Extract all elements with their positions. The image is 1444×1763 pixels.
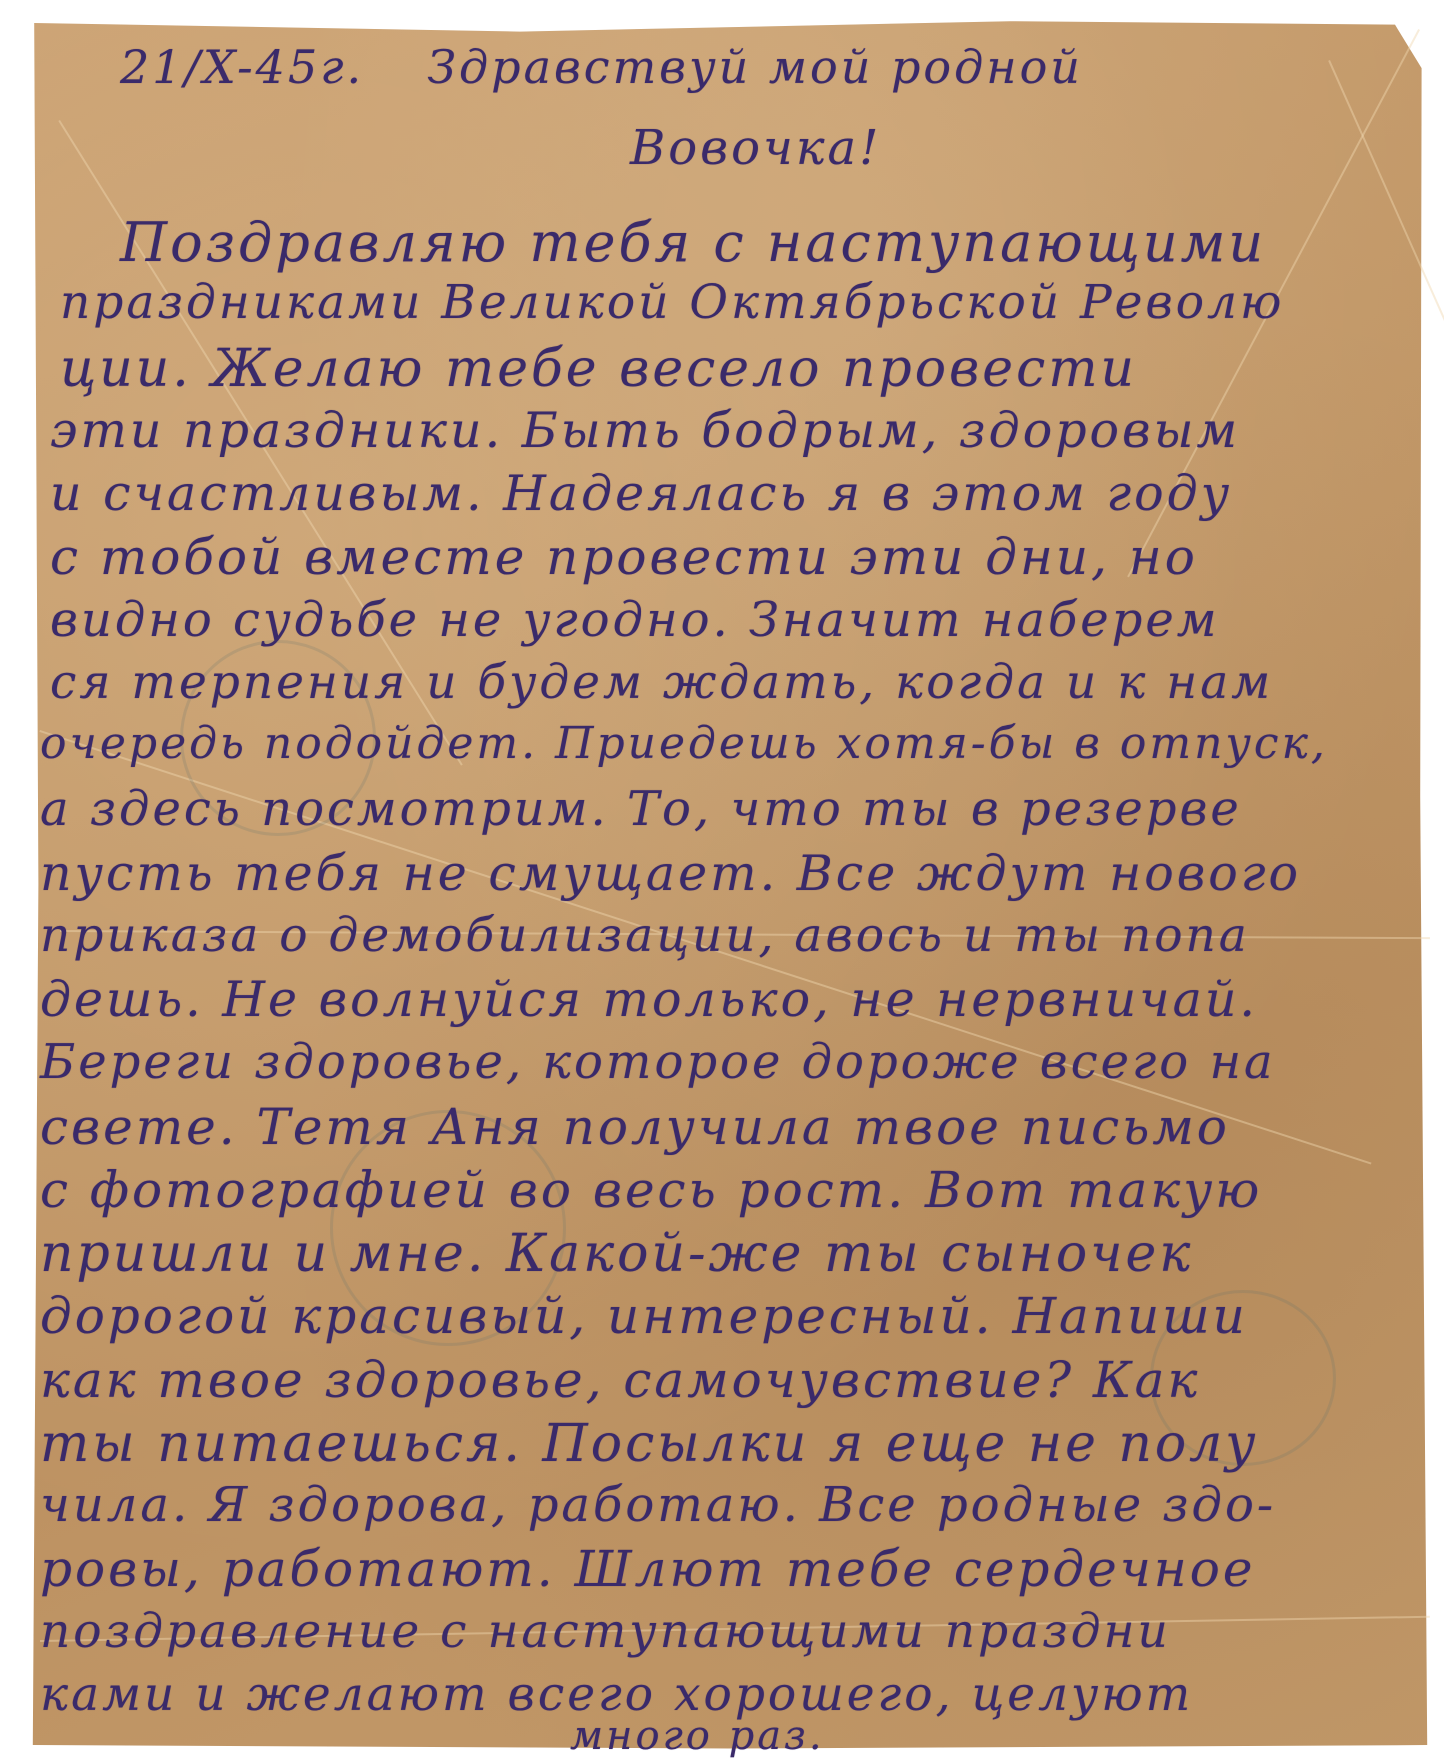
letter-line: с фотографией во весь рост. Вот такую	[40, 1165, 1262, 1215]
letter-line: ровы, работают. Шлют тебе сердечное	[40, 1544, 1255, 1594]
letter-line: пришли и мне. Какой-же ты сыночек	[40, 1228, 1193, 1280]
letter-line: ции. Желаю тебе весело провести	[60, 343, 1137, 395]
letter-line: и счастливым. Надеялась я в этом году	[50, 469, 1232, 518]
letter-addressee: Вовочка!	[630, 124, 881, 172]
letter-line: с тобой вместе провести эти дни, но	[50, 532, 1198, 582]
letter-line: Поздравляю тебя с наступающими	[120, 216, 1266, 270]
letter-line: дорогой красивый, интересный. Напиши	[40, 1291, 1248, 1341]
letter-line: ся терпения и будем ждать, когда и к нам	[50, 659, 1273, 706]
letter-line: пусть тебя не смущает. Все ждут нового	[40, 849, 1301, 898]
letter-line: дешь. Не волнуйся только, не нервничай.	[40, 975, 1258, 1024]
letter-line: праздниками Великой Октябрьской Револю	[60, 279, 1284, 326]
letter-line: поздравление с наступающими праздни	[40, 1608, 1171, 1655]
letter-body: 21/X-45г. Здравствуй мой родной Вовочка!…	[30, 16, 1430, 1752]
letter-header: 21/X-45г. Здравствуй мой родной	[120, 44, 1083, 90]
letter-greeting: Здравствуй мой родной	[427, 40, 1083, 94]
letter-line: очередь подойдет. Приедешь хотя-бы в отп…	[40, 722, 1328, 766]
letter-line: свете. Тетя Аня получила твое письмо	[40, 1102, 1230, 1152]
letter-line: чила. Я здорова, работаю. Все родные здо…	[40, 1481, 1276, 1529]
letter-line: эти праздники. Быть бодрым, здоровым	[50, 406, 1240, 455]
letter-line: видно судьбе не угодно. Значит наберем	[50, 596, 1220, 644]
letter-line: приказа о демобилизации, авось и ты попа	[40, 912, 1250, 959]
letter-line: как твое здоровье, самочувствие? Как	[40, 1355, 1200, 1405]
letter-closing: много раз.	[570, 1716, 825, 1756]
letter-line: Береги здоровье, которое дороже всего на	[40, 1038, 1276, 1086]
letter-line: ты питаешься. Посылки я еще не полу	[40, 1418, 1258, 1470]
letter-date: 21/X-45г.	[120, 40, 364, 94]
letter-line: ками и желают всего хорошего, целуют	[40, 1671, 1193, 1718]
letter-line: а здесь посмотрим. То, что ты в резерве	[40, 785, 1242, 833]
